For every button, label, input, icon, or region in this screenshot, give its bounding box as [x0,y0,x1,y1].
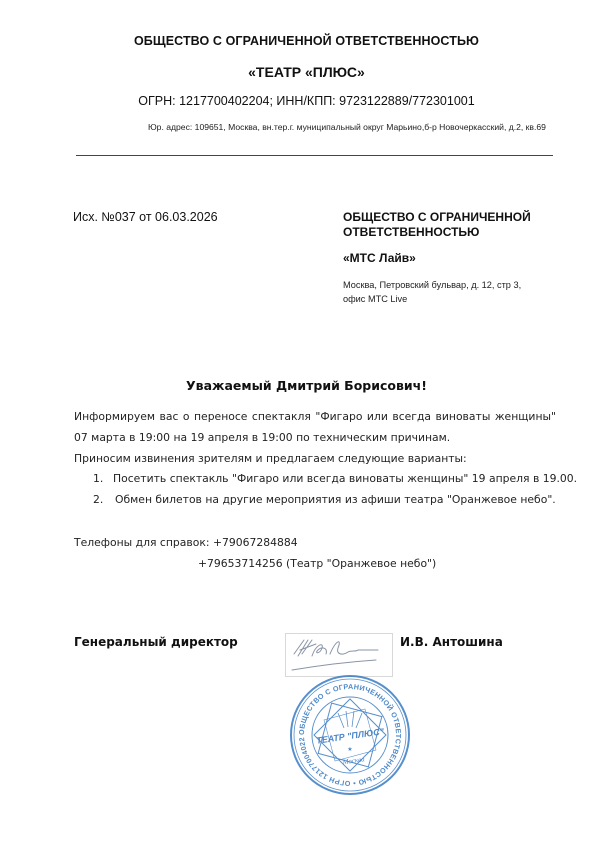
stamp-ring-text: ОБЩЕСТВО С ОГРАНИЧЕННОЙ ОТВЕТСТВЕННОСТЬЮ… [288,673,403,788]
svg-text:ОБЩЕСТВО С ОГРАНИЧЕННОЙ ОТВЕТС: ОБЩЕСТВО С ОГРАНИЧЕННОЙ ОТВЕТСТВЕННОСТЬЮ… [288,673,403,788]
recipient-org: ОБЩЕСТВО С ОГРАНИЧЕННОЙ ОТВЕТСТВЕННОСТЬЮ [343,210,553,240]
recipient-address-line: Москва, Петровский бульвар, д. 12, стр 3… [343,278,553,292]
company-stamp: ОБЩЕСТВО С ОГРАНИЧЕННОЙ ОТВЕТСТВЕННОСТЬЮ… [288,673,412,797]
option-list-item: 1.Посетить спектакль "Фигаро или всегда … [93,472,577,485]
seal-stamp-icon: ОБЩЕСТВО С ОГРАНИЧЕННОЙ ОТВЕТСТВЕННОСТЬЮ… [288,673,412,797]
recipient-address-line: офис МТС Live [343,292,553,306]
recipient-block: ОБЩЕСТВО С ОГРАНИЧЕННОЙ ОТВЕТСТВЕННОСТЬЮ… [343,210,553,306]
body-paragraph: Приносим извинения зрителям и предлагаем… [74,452,467,465]
greeting: Уважаемый Дмитрий Борисович! [0,378,613,393]
header-divider [76,155,553,156]
letterhead-ids: ОГРН: 1217700402204; ИНН/КПП: 9723122889… [0,94,613,108]
handwritten-signature-icon [286,634,392,676]
signature-image [285,633,393,677]
signatory-name: И.В. Антошина [400,635,503,649]
letterhead-org-name: ОБЩЕСТВО С ОГРАНИЧЕННОЙ ОТВЕТСТВЕННОСТЬЮ [0,34,613,48]
recipient-name: «МТС Лайв» [343,251,553,265]
recipient-address: Москва, Петровский бульвар, д. 12, стр 3… [343,278,553,306]
signatory-title: Генеральный директор [74,635,238,649]
letterhead-brand: «ТЕАТР «ПЛЮС» [0,64,613,80]
phones-line: Телефоны для справок: +79067284884 [74,536,298,549]
option-number: 2. [93,493,115,506]
letterhead-legal-address: Юр. адрес: 109651, Москва, вн.тер.г. мун… [148,122,546,132]
option-list-item: 2.Обмен билетов на другие мероприятия из… [93,493,556,506]
phones-line: +79653714256 (Театр "Оранжевое небо") [198,557,436,570]
outgoing-reference: Исх. №037 от 06.03.2026 [73,210,218,224]
option-number: 1. [93,472,113,485]
svg-text:★: ★ [347,746,352,753]
option-text: Обмен билетов на другие мероприятия из а… [115,493,556,506]
body-paragraph: 07 марта в 19:00 на 19 апреля в 19:00 по… [74,431,450,444]
body-paragraph: Информируем вас о переносе спектакля "Фи… [74,410,556,423]
option-text: Посетить спектакль "Фигаро или всегда ви… [113,472,577,485]
